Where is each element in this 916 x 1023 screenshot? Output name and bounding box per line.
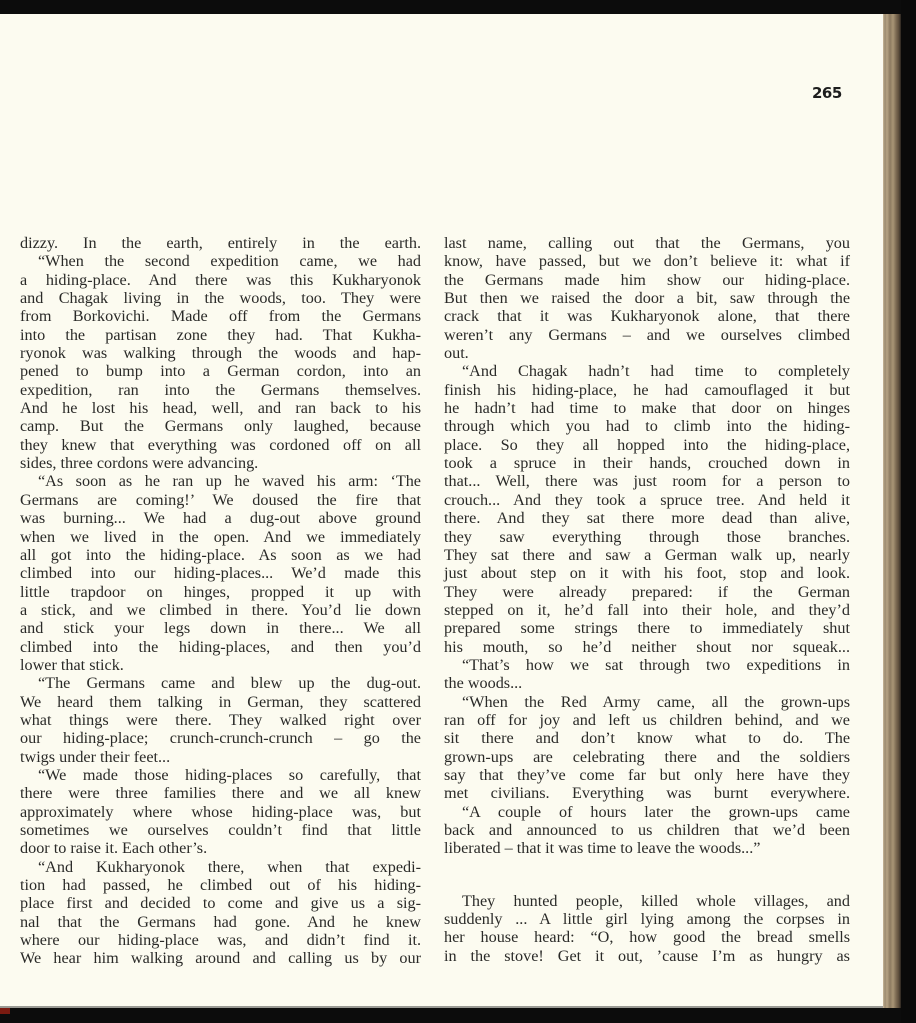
text-line: crouch... And they took a spruce tree. A… bbox=[444, 491, 850, 509]
text-line: a hiding-place. And there was this Kukha… bbox=[20, 271, 421, 289]
text-line: through which you had to climb into the … bbox=[444, 417, 850, 435]
text-line: dizzy. In the earth, entirely in the ear… bbox=[20, 234, 421, 252]
text-line: there were three families there and we a… bbox=[20, 784, 421, 802]
text-line: camp. But the Germans only laughed, beca… bbox=[20, 417, 421, 435]
text-line: there. And they sat there more dead than… bbox=[444, 509, 850, 527]
text-line: her house heard: “O, how good the bread … bbox=[444, 928, 850, 946]
text-line: pened to bump into a German cordon, into… bbox=[20, 362, 421, 380]
text-line: where our hiding-place was, and didn’t f… bbox=[20, 931, 421, 949]
text-line: that... Well, there was just room for a … bbox=[444, 472, 850, 490]
text-line: our hiding-place; crunch-crunch-crunch –… bbox=[20, 729, 421, 747]
text-line: sides, three cordons were advancing. bbox=[20, 454, 421, 472]
text-line: all got into the hiding-place. As soon a… bbox=[20, 546, 421, 564]
text-line: Germans are coming!’ We doused the fire … bbox=[20, 491, 421, 509]
text-line: they saw everything through those branch… bbox=[444, 528, 850, 546]
text-line: And he lost his head, well, and ran back… bbox=[20, 399, 421, 417]
text-line: “And Chagak hadn’t had time to completel… bbox=[444, 362, 850, 380]
text-line: “When the second expedition came, we had bbox=[20, 252, 421, 270]
text-line: We heard them talking in German, they sc… bbox=[20, 693, 421, 711]
text-line: met civilians. Everything was burnt ever… bbox=[444, 784, 850, 802]
text-line: ran off for joy and left us children beh… bbox=[444, 711, 850, 729]
text-line: into the partisan zone they had. That Ku… bbox=[20, 326, 421, 344]
text-line: ryonok was walking through the woods and… bbox=[20, 344, 421, 362]
page-number: 265 bbox=[812, 84, 842, 102]
text-line: lower that stick. bbox=[20, 656, 421, 674]
text-line: place first and decided to come and give… bbox=[20, 894, 421, 912]
text-line: when we lived in the open. And we immedi… bbox=[20, 528, 421, 546]
text-line: the woods... bbox=[444, 674, 850, 692]
binding-mark bbox=[0, 1008, 10, 1014]
text-line: “When the Red Army came, all the grown-u… bbox=[444, 693, 850, 711]
text-line: they knew that everything was cordoned o… bbox=[20, 436, 421, 454]
text-line: “That’s how we sat through two expeditio… bbox=[444, 656, 850, 674]
text-line: “As soon as he ran up he waved his arm: … bbox=[20, 472, 421, 490]
text-line: what things were there. They walked righ… bbox=[20, 711, 421, 729]
text-line: weren’t any Germans – and we ourselves c… bbox=[444, 326, 850, 344]
text-line: last name, calling out that the Germans,… bbox=[444, 234, 850, 252]
text-line: tion had passed, he climbed out of his h… bbox=[20, 876, 421, 894]
text-line: They hunted people, killed whole village… bbox=[444, 892, 850, 910]
text-line: he hadn’t had time to make that door on … bbox=[444, 399, 850, 417]
page-edges bbox=[883, 14, 901, 1008]
text-line: nal that the Germans had gone. And he kn… bbox=[20, 913, 421, 931]
text-line: from Borkovichi. Made off from the Germa… bbox=[20, 307, 421, 325]
text-line: prepared some strings there to immediate… bbox=[444, 619, 850, 637]
text-line: a stick, and we climbed in there. You’d … bbox=[20, 601, 421, 619]
text-line: little trapdoor on hinges, propped it up… bbox=[20, 583, 421, 601]
text-line: They sat there and saw a German walk up,… bbox=[444, 546, 850, 564]
text-line: liberated – that it was time to leave th… bbox=[444, 839, 850, 857]
text-line: back and announced to us children that w… bbox=[444, 821, 850, 839]
text-line: “And Kukharyonok there, when that expedi… bbox=[20, 858, 421, 876]
text-line: his mouth, so he’d neither shout nor squ… bbox=[444, 638, 850, 656]
text-line: took a spruce in their hands, crouched d… bbox=[444, 454, 850, 472]
text-line: climbed into the hiding-places, and then… bbox=[20, 638, 421, 656]
text-line: and Chagak living in the woods, too. The… bbox=[20, 289, 421, 307]
text-line: expedition, ran into the Germans themsel… bbox=[20, 381, 421, 399]
page-bottom-edge bbox=[0, 1006, 883, 1008]
text-line: But then we raised the door a bit, saw t… bbox=[444, 289, 850, 307]
text-line: was burning... We had a dug-out above gr… bbox=[20, 509, 421, 527]
text-line: grown-ups are celebrating there and the … bbox=[444, 748, 850, 766]
text-line: “A couple of hours later the grown-ups c… bbox=[444, 803, 850, 821]
text-line: and stick your legs down in there... We … bbox=[20, 619, 421, 637]
text-line: say that they’ve come far but only here … bbox=[444, 766, 850, 784]
text-line: “We made those hiding-places so carefull… bbox=[20, 766, 421, 784]
text-line: the Germans made him show our hiding-pla… bbox=[444, 271, 850, 289]
text-line: stepped on it, he’d fall into their hole… bbox=[444, 601, 850, 619]
text-line: sit there and don’t know what to do. The bbox=[444, 729, 850, 747]
text-line: sometimes we ourselves couldn’t find tha… bbox=[20, 821, 421, 839]
text-line: approximately where whose hiding-place w… bbox=[20, 803, 421, 821]
text-line: finish his hiding-place, he had camoufla… bbox=[444, 381, 850, 399]
text-line: “The Germans came and blew up the dug-ou… bbox=[20, 674, 421, 692]
right-column-new-section: They hunted people, killed whole village… bbox=[444, 892, 850, 965]
text-line: They were already prepared: if the Germa… bbox=[444, 583, 850, 601]
text-line: We hear him walking around and calling u… bbox=[20, 949, 421, 967]
text-line: suddenly ... A little girl lying among t… bbox=[444, 910, 850, 928]
text-line: climbed into our hiding-places... We’d m… bbox=[20, 564, 421, 582]
text-line: door to raise it. Each other’s. bbox=[20, 839, 421, 857]
right-text-column: last name, calling out that the Germans,… bbox=[444, 234, 850, 965]
text-line: crack that it was Kukharyonok alone, tha… bbox=[444, 307, 850, 325]
book-page: 265 dizzy. In the earth, entirely in the… bbox=[0, 14, 883, 1007]
text-line: know, have passed, but we don’t believe … bbox=[444, 252, 850, 270]
text-line: just about step on it with his foot, sto… bbox=[444, 564, 850, 582]
section-gap bbox=[444, 858, 850, 892]
left-text-column: dizzy. In the earth, entirely in the ear… bbox=[20, 234, 421, 968]
right-column-main-text: last name, calling out that the Germans,… bbox=[444, 234, 850, 858]
background-right bbox=[901, 0, 916, 1023]
text-line: twigs under their feet... bbox=[20, 748, 421, 766]
text-line: in the stove! Get it out, ’cause I’m as … bbox=[444, 947, 850, 965]
text-line: place. So they all hopped into the hidin… bbox=[444, 436, 850, 454]
text-line: out. bbox=[444, 344, 850, 362]
